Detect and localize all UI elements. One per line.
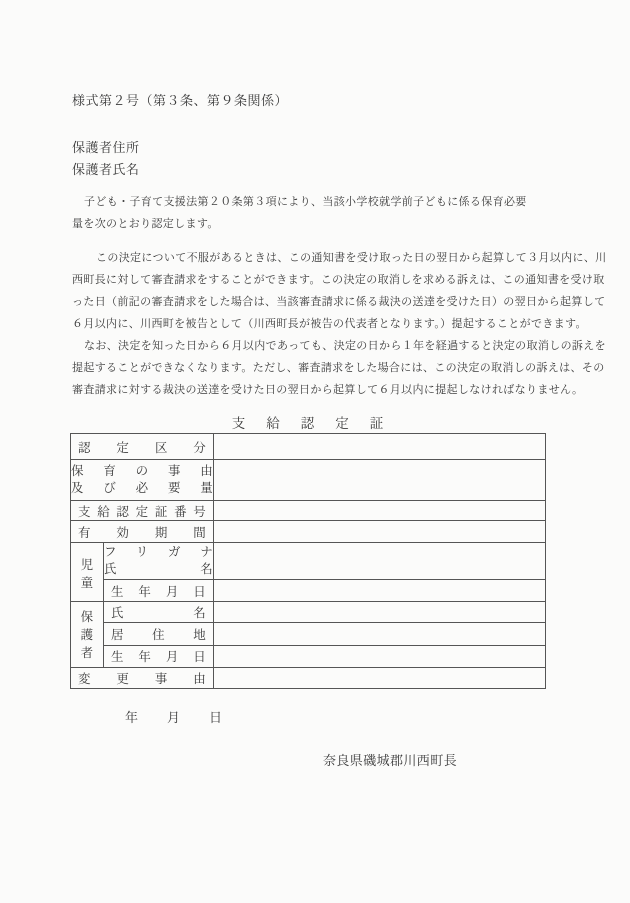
notice-line: 西町長に対して審査請求をすることができます。この決定の取消しを求める訴えは、この… xyxy=(72,269,607,291)
category-label: 認定区分 xyxy=(71,434,214,460)
child-name-value-cell xyxy=(214,543,546,580)
notice-line: ６月以内に、川西町を被告として（川西町長が被告の代表者となります。）提起すること… xyxy=(72,313,607,335)
notice-line: なお、決定を知った日から６月以内であっても、決定の日から１年を経過すると決定の取… xyxy=(72,335,606,357)
care-reason-value-cell xyxy=(214,460,546,501)
guardian-birthdate-label: 生年月日 xyxy=(104,645,214,667)
child-group-label: 児 童 xyxy=(71,543,104,602)
category-value-cell xyxy=(214,434,546,460)
care-reason-line: 保育の事由 xyxy=(71,463,213,480)
certificate-table: 認定区分 保育の事由 及び必要量 支給認定証番号 有効期間 児 xyxy=(70,433,546,689)
guardian-residence-value-cell xyxy=(214,623,546,645)
guardian-birthdate-value-cell xyxy=(214,645,546,667)
child-name-label: フリガナ 氏名 xyxy=(104,543,214,580)
form-number: 様式第２号（第３条、第９条関係） xyxy=(72,90,288,109)
certificate-number-label: 支給認定証番号 xyxy=(71,501,214,521)
notice-line: この決定について不服があるときは、この通知書を受け取った日の翌日から起算して３月… xyxy=(72,247,607,269)
issuer-title: 奈良県磯城郡川西町長 xyxy=(323,750,457,769)
child-group-char: 児 xyxy=(81,555,94,573)
validity-period-value-cell xyxy=(214,521,546,543)
guardian-address-label: 保護者住所 xyxy=(72,137,140,156)
notice-line: 提起することができなくなります。ただし、審査請求をした場合には、この決定の取消し… xyxy=(72,357,606,379)
appeal-notice: この決定について不服があるときは、この通知書を受け取った日の翌日から起算して３月… xyxy=(72,247,607,335)
certification-statement: 子ども・子育て支援法第２０条第３項により、当該小学校就学前子どもに係る保育必要 … xyxy=(72,191,527,235)
guardian-group-char: 者 xyxy=(81,643,94,661)
statement-line: 量を次のとおり認定します。 xyxy=(72,213,527,235)
guardian-name-row-label: 氏名 xyxy=(104,602,214,623)
child-group-char: 童 xyxy=(81,573,94,591)
guardian-group-char: 保 xyxy=(81,607,94,625)
change-reason-label: 変更事由 xyxy=(71,668,214,689)
child-birthdate-label: 生年月日 xyxy=(104,580,214,602)
change-reason-value-cell xyxy=(214,668,546,689)
statement-line: 子ども・子育て支援法第２０条第３項により、当該小学校就学前子どもに係る保育必要 xyxy=(72,191,527,213)
supplementary-notice: なお、決定を知った日から６月以内であっても、決定の日から１年を経過すると決定の取… xyxy=(72,335,606,401)
guardian-residence-label: 居住地 xyxy=(104,623,214,645)
guardian-group-label: 保 護 者 xyxy=(71,602,104,668)
child-birthdate-value-cell xyxy=(214,580,546,602)
guardian-name-value-cell xyxy=(214,602,546,623)
guardian-group-char: 護 xyxy=(81,625,94,643)
guardian-name-label: 保護者氏名 xyxy=(72,159,140,178)
notice-line: 審査請求に対する裁決の送達を受けた日の翌日から起算して６月以内に提起しなければな… xyxy=(72,379,606,401)
care-reason-label: 保育の事由 及び必要量 xyxy=(71,460,214,501)
child-furigana-label: フリガナ xyxy=(104,544,213,561)
certificate-number-value-cell xyxy=(214,501,546,521)
care-reason-line: 及び必要量 xyxy=(71,480,213,497)
issue-date-line: 年 月 日 xyxy=(125,707,223,726)
notice-line: った日（前記の審査請求をした場合は、当該審査請求に係る裁決の送達を受けた日）の翌… xyxy=(72,291,607,313)
child-name-line: 氏名 xyxy=(104,561,213,578)
validity-period-label: 有効期間 xyxy=(71,521,214,543)
certificate-title: 支給認定証 xyxy=(70,412,545,432)
